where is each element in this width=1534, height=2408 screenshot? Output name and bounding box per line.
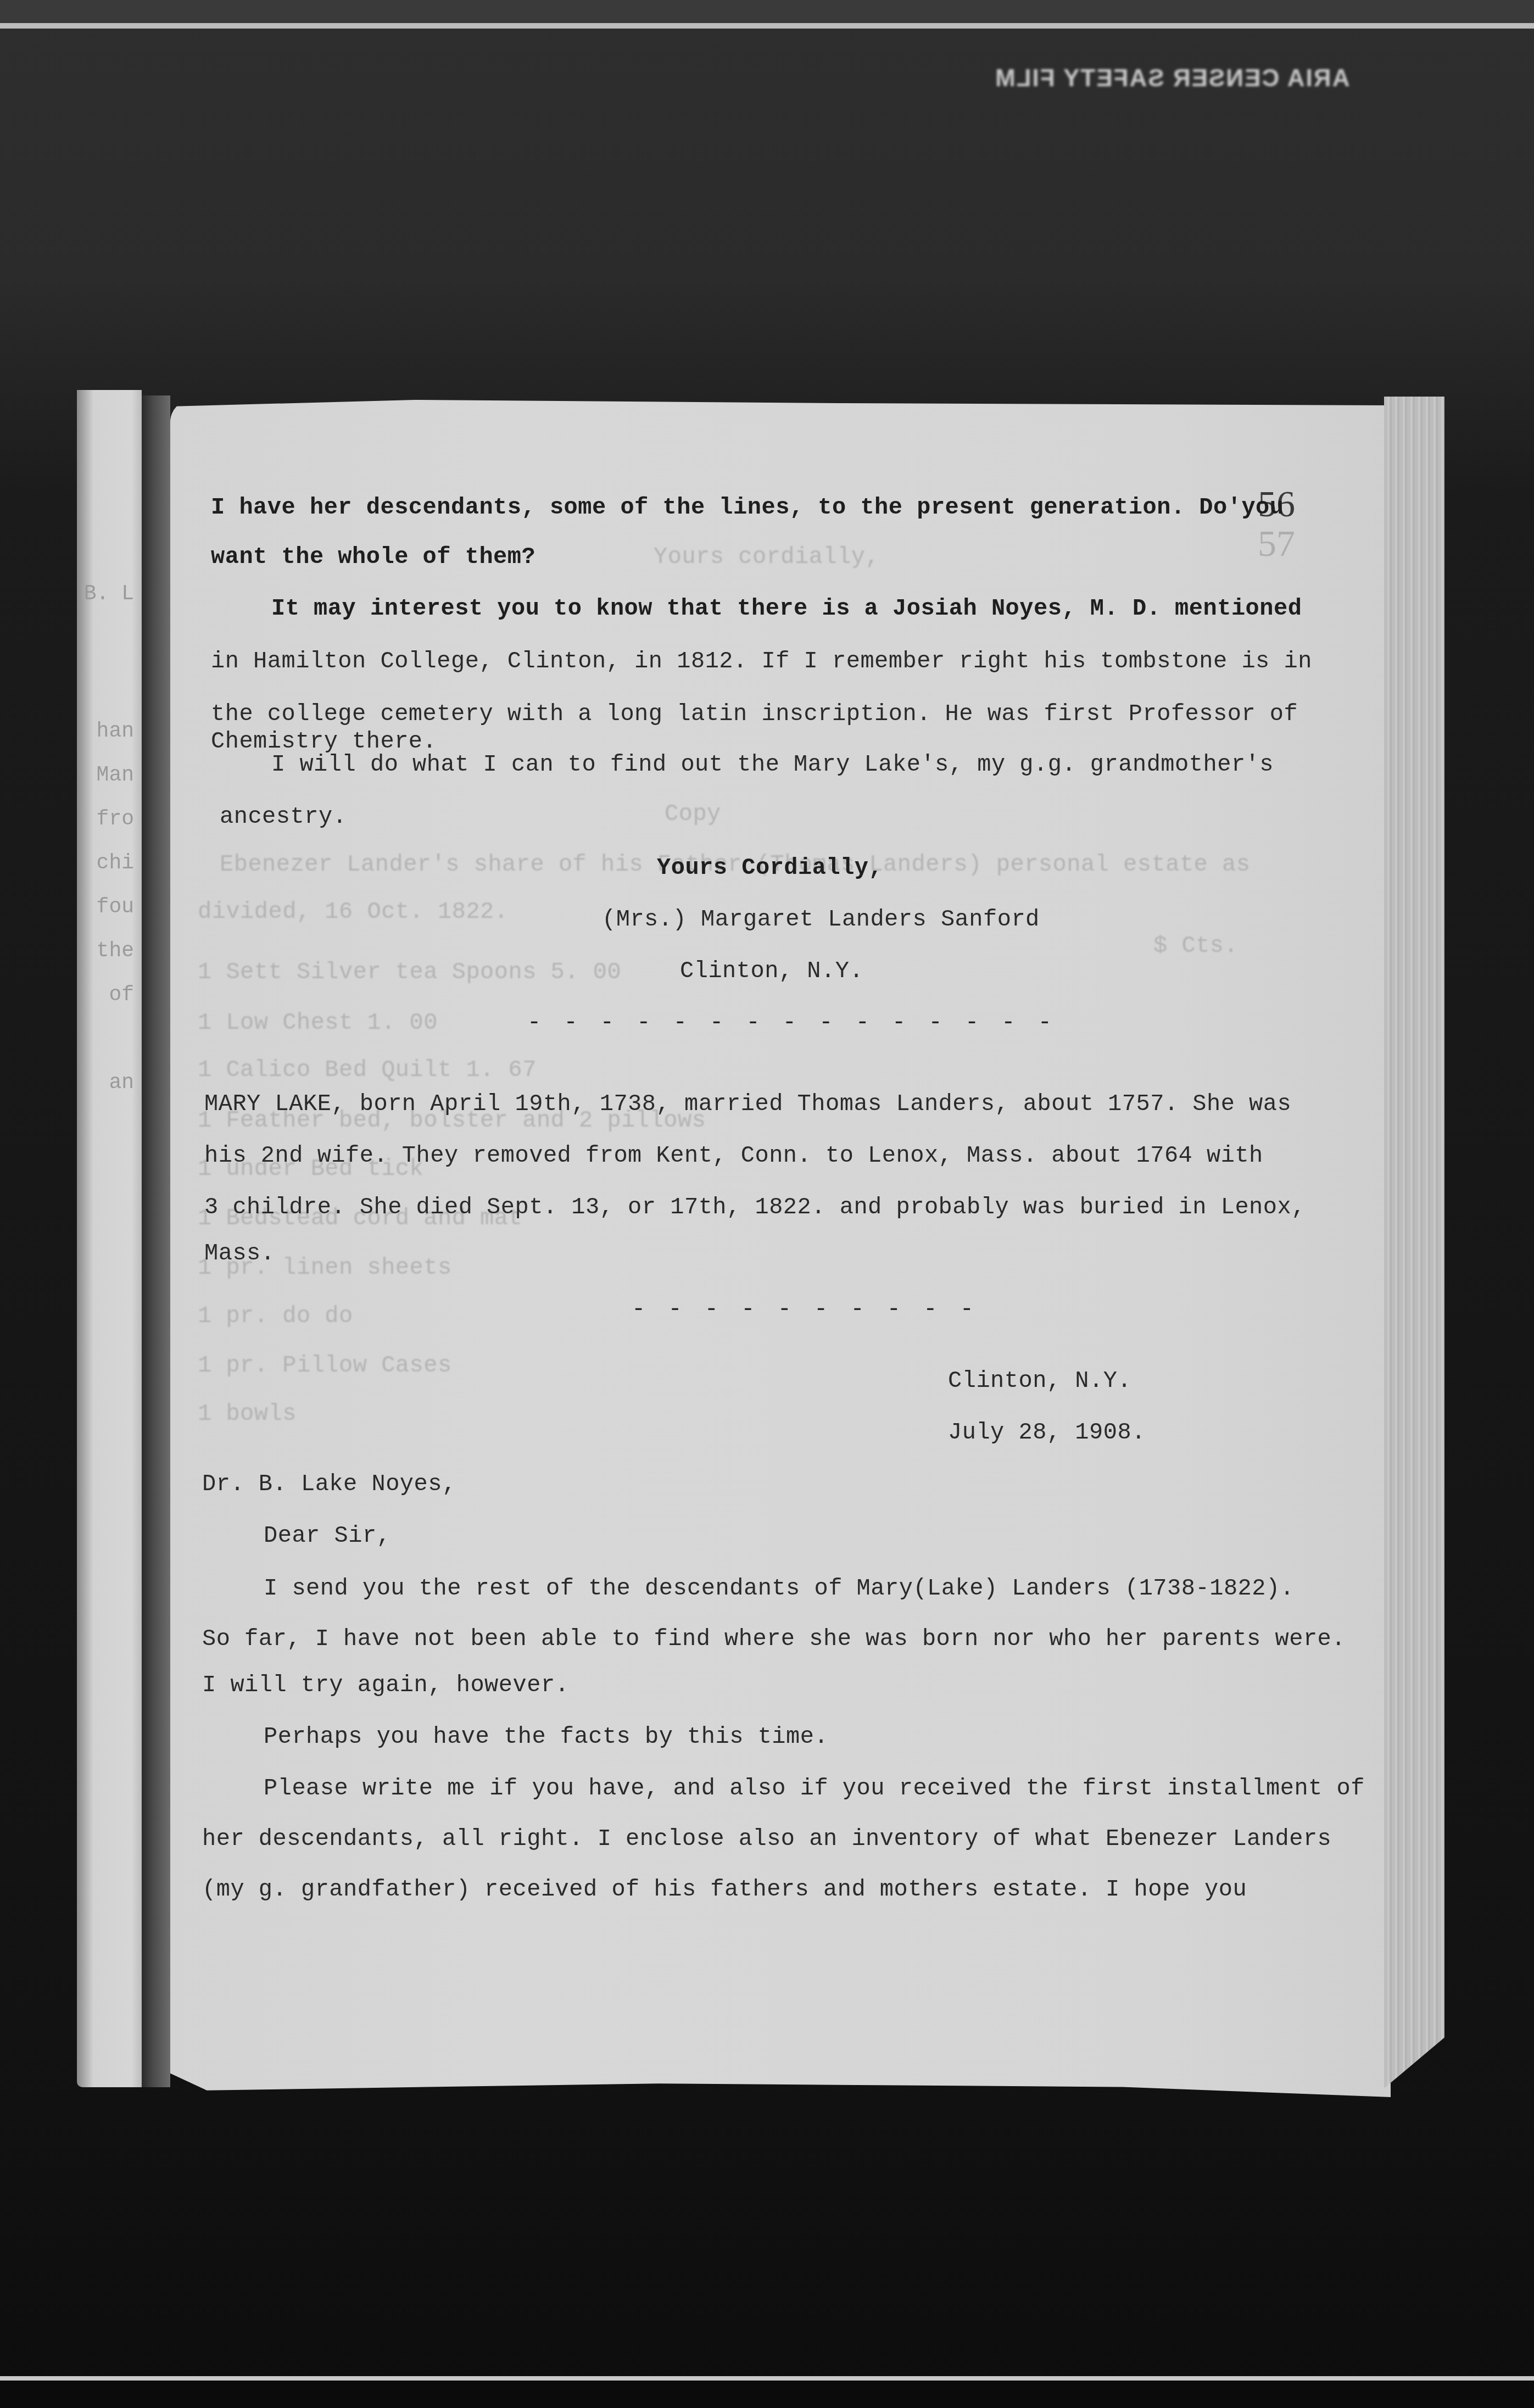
bleed-line: 1 Low Chest 1. 00 [198, 1010, 438, 1036]
letter-line: Chemistry there. [211, 728, 437, 755]
page-stack-edges [1384, 397, 1444, 2088]
left-page-fragment: chi [97, 851, 134, 875]
letter-addressee: Dr. B. Lake Noyes, [202, 1471, 456, 1497]
book-gutter [142, 395, 170, 2087]
bleed-line: 1 pr. Pillow Cases [198, 1352, 452, 1379]
separator: - - - - - - - - - - - - - - - [527, 1010, 1056, 1036]
note-line: Mass. [204, 1240, 275, 1267]
letter-date: July 28, 1908. [948, 1419, 1146, 1446]
bleed-line: $ Cts. [1153, 933, 1238, 959]
film-bottom-edge [0, 2376, 1534, 2381]
reel-label: ARIA CENSER SAFETY FILM [994, 65, 1349, 92]
bleed-line: 1 bowls [198, 1401, 297, 1427]
bleed-line: divided, 16 Oct. 1822. [198, 899, 509, 925]
letter-line: her descendants, all right. I enclose al… [202, 1826, 1331, 1852]
letter-line: I will do what I can to find out the Mar… [271, 751, 1274, 778]
letter-place: Clinton, N.Y. [948, 1368, 1131, 1394]
bleed-line: Copy [665, 801, 721, 827]
note-line: his 2nd wife. They removed from Kent, Co… [204, 1142, 1263, 1169]
left-page-fragment: an [109, 1071, 134, 1095]
bleed-page-number: 57 [1258, 522, 1295, 565]
document-page: Yours cordially, Copy Ebenezer Lander's … [170, 400, 1391, 2097]
signature-location: Clinton, N.Y. [680, 958, 863, 984]
bleed-line: 1 Sett Silver tea Spoons 5. 00 [198, 959, 621, 985]
letter-line: I will try again, however. [202, 1672, 569, 1698]
letter-line: want the whole of them? [211, 544, 535, 570]
letter-line: So far, I have not been able to find whe… [202, 1626, 1346, 1652]
note-line: 3 childre. She died Sept. 13, or 17th, 1… [204, 1194, 1306, 1220]
bleed-line: Yours cordially, [654, 544, 879, 570]
microfilm-frame: ARIA CENSER SAFETY FILM B. L han Man fro… [0, 0, 1534, 2408]
separator: - - - - - - - - - - [632, 1296, 978, 1323]
left-page-fragment: han [97, 720, 134, 743]
bleed-line: 1 pr. do do [198, 1303, 353, 1329]
left-page-edge: B. L han Man fro chi fou the of an [77, 390, 142, 2087]
bleed-line: 1 Calico Bed Quilt 1. 67 [198, 1057, 537, 1083]
note-line: MARY LAKE, born April 19th, 1738, marrie… [204, 1091, 1291, 1117]
film-top-edge [0, 23, 1534, 29]
left-page-fragment: the [97, 939, 134, 963]
letter-salutation: Dear Sir, [264, 1523, 391, 1549]
left-page-fragment: fou [97, 895, 134, 919]
letter-line: It may interest you to know that there i… [271, 595, 1302, 622]
film-top-strip [0, 0, 1534, 23]
letter-line: in Hamilton College, Clinton, in 1812. I… [211, 648, 1312, 675]
left-page-fragment: Man [97, 763, 134, 787]
left-page-fragment: B. L [84, 582, 134, 606]
letter-signature: (Mrs.) Margaret Landers Sanford [602, 906, 1040, 933]
letter-closing: Yours Cordially, [657, 855, 883, 881]
letter-line: ancestry. [220, 804, 347, 830]
letter-line: the college cemetery with a long latin i… [211, 701, 1298, 727]
letter-line: I send you the rest of the descendants o… [264, 1575, 1294, 1602]
letter-line: I have her descendants, some of the line… [211, 494, 1284, 521]
left-page-fragment: fro [97, 807, 134, 831]
letter-line: (my g. grandfather) received of his fath… [202, 1876, 1247, 1903]
letter-line: Please write me if you have, and also if… [264, 1775, 1365, 1802]
left-page-fragment: of [109, 983, 134, 1007]
film-bottom-strip [0, 2381, 1534, 2408]
letter-line: Perhaps you have the facts by this time. [264, 1724, 828, 1750]
